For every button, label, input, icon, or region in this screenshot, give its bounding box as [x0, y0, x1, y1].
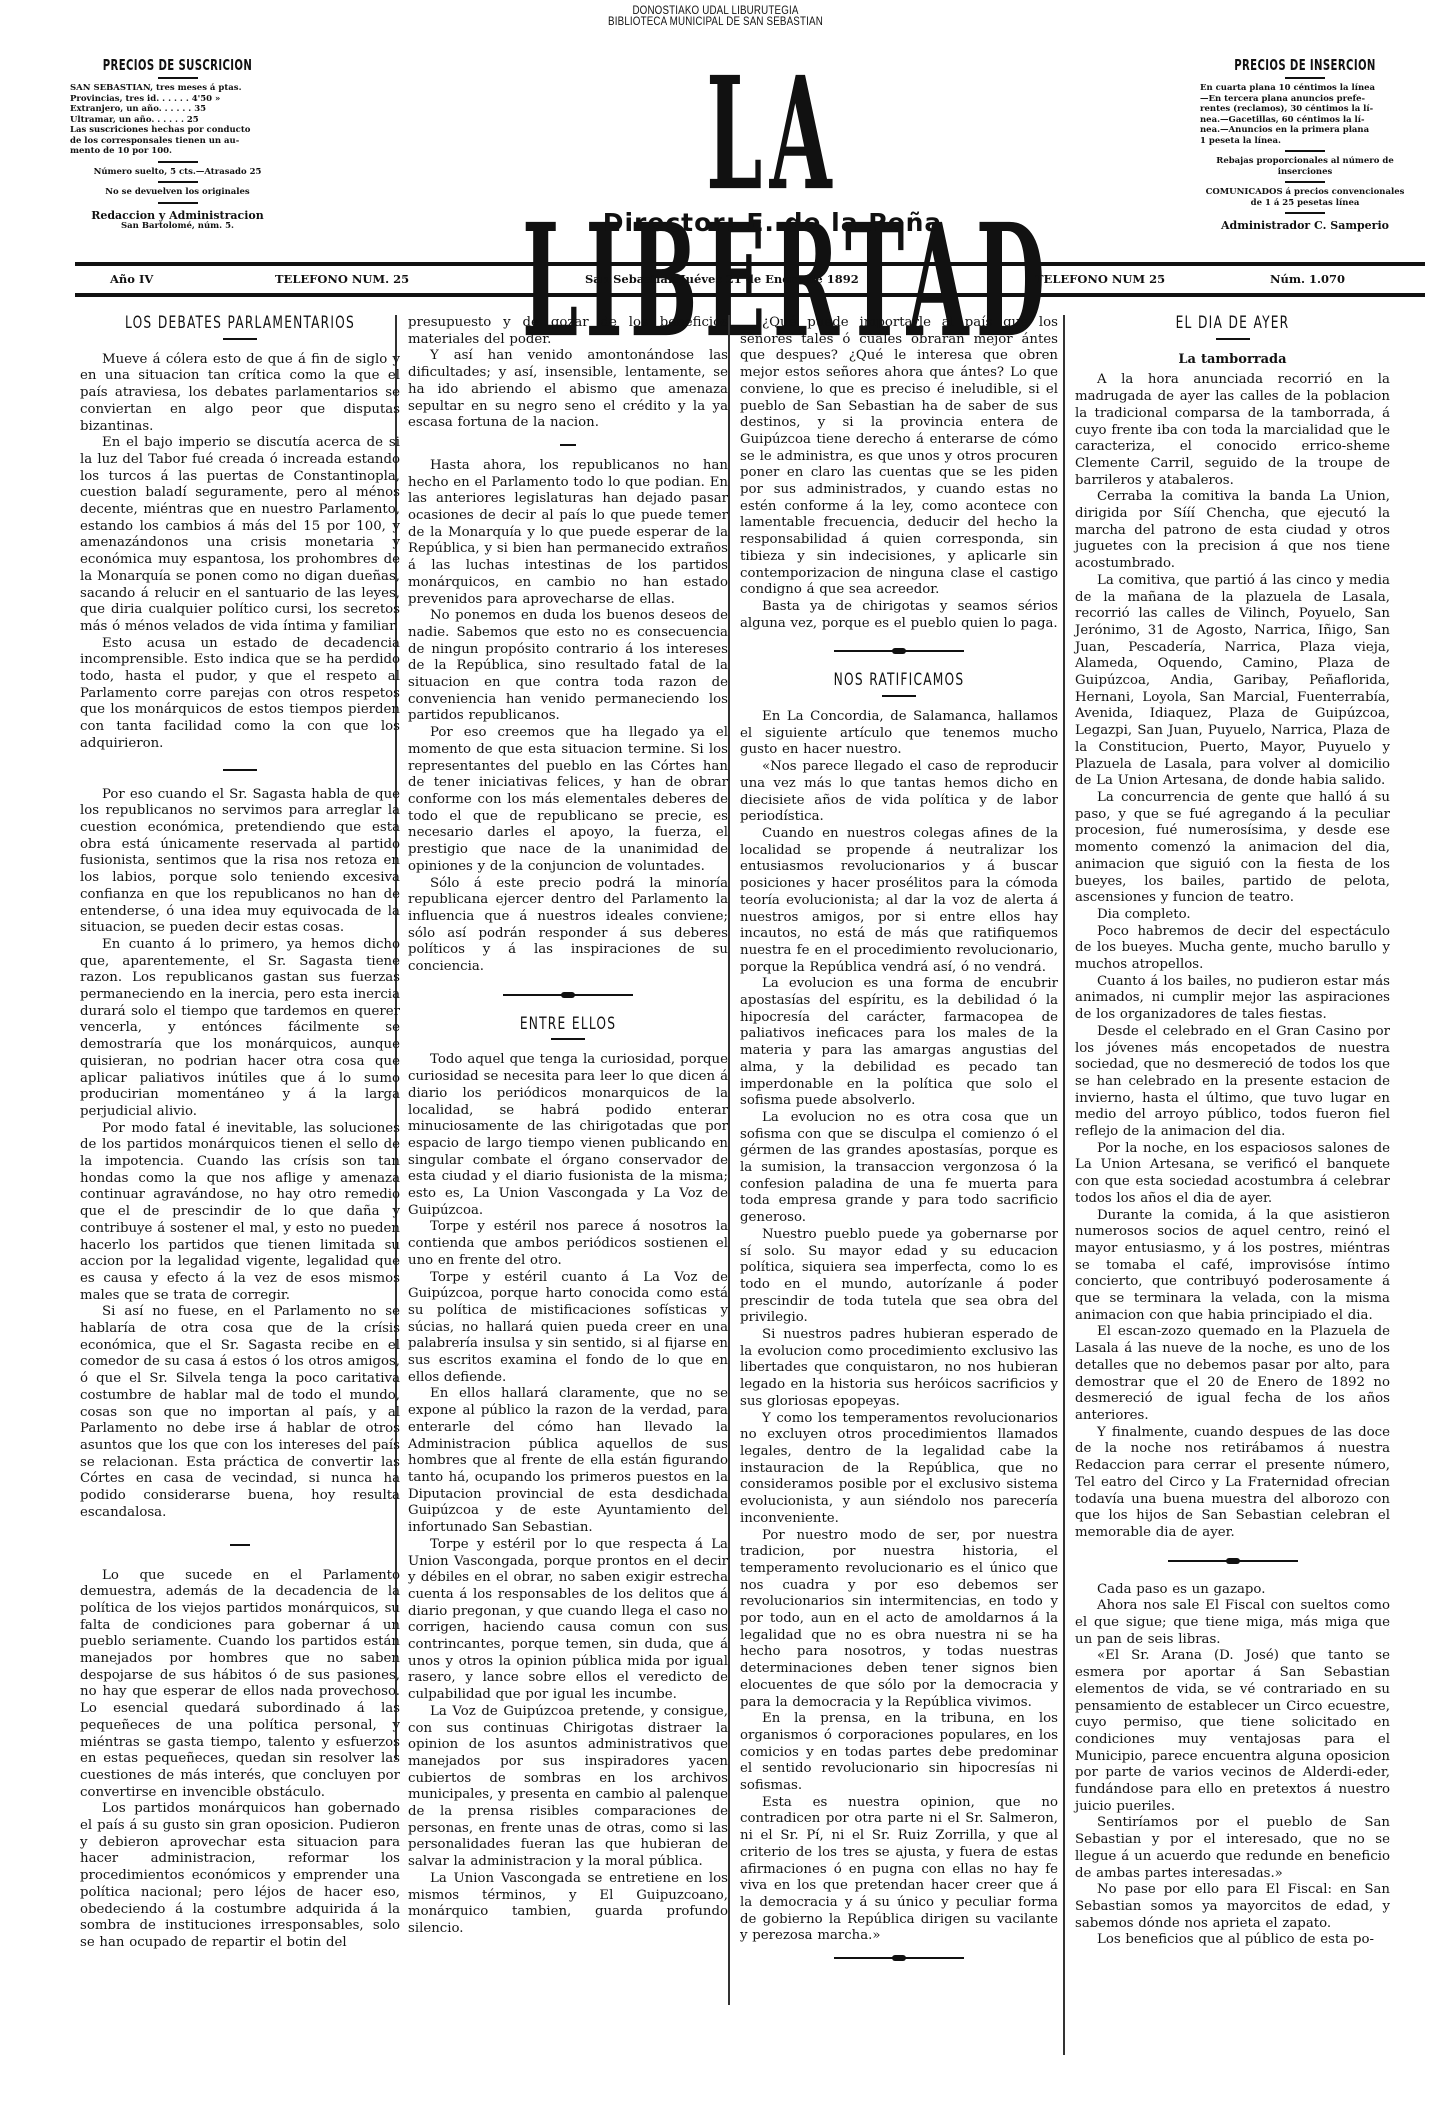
paragraph: Por eso cuando el Sr. Sagasta habla de q… — [80, 787, 400, 937]
no-return-notice: No se devuelven los originales — [70, 187, 285, 198]
paragraph: Los beneficios que al público de esta po… — [1075, 1932, 1390, 1949]
paragraph: Torpe y estéril nos parece á nosotros la… — [408, 1219, 728, 1269]
divider — [158, 161, 198, 163]
price-line: Ultramar, un año. . . . . . 25 — [70, 115, 285, 126]
paragraph: Sólo á este precio podrá la minoría repu… — [408, 876, 728, 976]
paragraph: Si nuestros padres hubieran esperado de … — [740, 1327, 1058, 1411]
paragraph: Por la noche, en los espaciosos salones … — [1075, 1141, 1390, 1208]
article-subheading-tamborrada: La tamborrada — [1075, 352, 1390, 369]
paragraph: Poco habremos de decir del espectáculo d… — [1075, 924, 1390, 974]
rate-line: nea.—Gacetillas, 60 céntimos la lí- — [1200, 115, 1410, 126]
rate-line: En cuarta plana 10 céntimos la línea — [1200, 83, 1410, 94]
dateline: Año IV TELEFONO NUM. 25 San Sebastian Ju… — [75, 268, 1425, 292]
divider — [158, 202, 198, 204]
paragraph: La Union Vascongada se entretiene en los… — [408, 1871, 728, 1938]
phone-left: TELEFONO NUM. 25 — [275, 272, 409, 286]
paragraph: ¿Qué puede importarle al país que los se… — [740, 315, 1058, 599]
paragraph: Basta ya de chirigotas y seamos sérios a… — [740, 599, 1058, 632]
paragraph: Cerraba la comitiva la banda La Union, d… — [1075, 489, 1390, 573]
paragraph: Lo que sucede en el Parlamento demuestra… — [80, 1568, 400, 1802]
paragraph: Sentiríamos por el pueblo de San Sebasti… — [1075, 1815, 1390, 1882]
divider — [1216, 338, 1250, 340]
discounts-note: Rebajas proporcionales al número de inse… — [1200, 156, 1410, 177]
paragraph: Y finalmente, cuando despues de las doce… — [1075, 1425, 1390, 1542]
paragraph: Desde el celebrado en el Gran Casino por… — [1075, 1024, 1390, 1141]
paragraph: Durante la comida, á la que asistieron n… — [1075, 1208, 1390, 1325]
article-heading-ratificamos: NOS RATIFICAMOS — [772, 672, 1026, 689]
paragraph: La evolucion no es otra cosa que un sofi… — [740, 1110, 1058, 1227]
paragraph: Dia completo. — [1075, 907, 1390, 924]
paragraph: No ponemos en duda los buenos deseos de … — [408, 608, 728, 725]
masthead-rule-top — [75, 262, 1425, 266]
paragraph: La evolucion es una forma de encubrir ap… — [740, 976, 1058, 1110]
column-3: ¿Qué puede importarle al país que los se… — [740, 315, 1058, 1979]
price-line: Las suscriciones hechas por conducto — [70, 125, 285, 136]
paragraph: Torpe y estéril cuanto á La Voz de Guipú… — [408, 1270, 728, 1387]
insertion-prices-title: PRECIOS DE INSERCION — [1226, 60, 1384, 71]
paragraph: Y así han venido amontonándose las dific… — [408, 348, 728, 432]
insertion-prices-box: PRECIOS DE INSERCION En cuarta plana 10 … — [1200, 60, 1410, 231]
paragraph: «Nos parece llegado el caso de reproduci… — [740, 759, 1058, 826]
divider — [882, 695, 916, 697]
masthead-rule-bottom — [75, 293, 1425, 297]
year-label: Año IV — [110, 272, 153, 286]
article-heading-entre-ellos: ENTRE ELLOS — [440, 1016, 696, 1033]
archive-stamp: DONOSTIAKO UDAL LIBURUTEGIA BIBLIOTECA M… — [107, 6, 1323, 28]
column-1: LOS DEBATES PARLAMENTARIOS Mueve á cóler… — [80, 315, 400, 1952]
ornamental-divider — [834, 650, 964, 652]
divider — [223, 338, 257, 340]
divider — [1285, 77, 1325, 79]
divider — [158, 181, 198, 183]
paragraph: A la hora anunciada recorrió en la madru… — [1075, 372, 1390, 489]
paragraph: Por eso creemos que ha llegado ya el mom… — [408, 725, 728, 875]
masthead: PRECIOS DE SUSCRICION SAN SEBASTIAN, tre… — [70, 60, 1430, 255]
paragraph: «El Sr. Arana (D. José) que tanto se esm… — [1075, 1648, 1390, 1815]
article-heading-dia-de-ayer: EL DIA DE AYER — [1107, 315, 1359, 332]
column-4: EL DIA DE AYER La tamborrada A la hora a… — [1075, 315, 1390, 1949]
newspaper-title: LA LIBERTAD — [522, 60, 1023, 354]
divider — [230, 1544, 250, 1546]
column-2: presupuesto y de gozar de los beneficios… — [408, 315, 728, 1938]
paragraph: En la prensa, en la tribuna, en los orga… — [740, 1711, 1058, 1795]
paragraph: La comitiva, que partió á las cinco y me… — [1075, 573, 1390, 790]
paragraph: Nuestro pueblo puede ya gobernarse por s… — [740, 1227, 1058, 1327]
paragraph: Torpe y estéril por lo que respecta á La… — [408, 1537, 728, 1704]
issue-number: Núm. 1.070 — [1270, 272, 1345, 286]
divider — [223, 769, 257, 771]
paragraph: Cuanto á los bailes, no pudieron estar m… — [1075, 974, 1390, 1024]
paragraph: Ahora nos sale El Fiscal con sueltos com… — [1075, 1598, 1390, 1648]
place-date: San Sebastian Juéves 21 de Enero de 1892 — [585, 272, 859, 286]
paragraph: Cada paso es un gazapo. — [1075, 1582, 1390, 1599]
paragraph: En cuanto á lo primero, ya hemos dicho q… — [80, 937, 400, 1121]
rate-line: nea.—Anuncios en la primera plana — [1200, 125, 1410, 136]
price-line: Provincias, tres id. . . . . . 4'50 » — [70, 94, 285, 105]
article-heading-debates: LOS DEBATES PARLAMENTARIOS — [112, 315, 368, 332]
divider — [1285, 212, 1325, 214]
paragraph: En ellos hallará claramente, que no se e… — [408, 1386, 728, 1536]
paragraph: Hasta ahora, los republicanos no han hec… — [408, 458, 728, 608]
paragraph: Si así no fuese, en el Parlamento no se … — [80, 1304, 400, 1521]
phone-right: TELEFONO NUM 25 — [1035, 272, 1165, 286]
archive-line-2: BIBLIOTECA MUNICIPAL DE SAN SEBASTIAN — [107, 17, 1323, 28]
paragraph: Todo aquel que tenga la curiosidad, porq… — [408, 1052, 728, 1219]
paragraph: Por nuestro modo de ser, por nuestra tra… — [740, 1528, 1058, 1712]
paragraph: Y como los temperamentos revolucionarios… — [740, 1411, 1058, 1528]
price-line: SAN SEBASTIAN, tres meses á ptas. — [70, 83, 285, 94]
paragraph: Esto acusa un estado de decadencia incom… — [80, 636, 400, 753]
single-issue-price: Número suelto, 5 cts.—Atrasado 25 — [70, 167, 285, 178]
administrator: Administrador C. Samperio — [1200, 220, 1410, 231]
paragraph: Esta es nuestra opinion, que no contradi… — [740, 1795, 1058, 1945]
office-label: Redaccion y Administracion — [70, 210, 285, 221]
paragraph: Mueve á cólera esto de que á fin de sigl… — [80, 352, 400, 436]
rate-line: rentes (reclamos), 30 céntimos la lí- — [1200, 104, 1410, 115]
rate-line: 1 peseta la línea. — [1200, 136, 1410, 147]
paragraph: La Voz de Guipúzcoa pretende, y consigue… — [408, 1704, 728, 1871]
comunicados-note: COMUNICADOS á precios convencionales de … — [1200, 187, 1410, 208]
paragraph: Los partidos monárquicos han gobernado e… — [80, 1801, 400, 1951]
paragraph: Cuando en nuestros colegas afines de la … — [740, 826, 1058, 976]
price-line: de los corresponsales tienen un au- — [70, 136, 285, 147]
divider — [1285, 150, 1325, 152]
paragraph: La concurrencia de gente que halló á su … — [1075, 790, 1390, 907]
divider — [1285, 181, 1325, 183]
office-address: San Bartolomé, núm. 5. — [70, 221, 285, 232]
divider — [158, 77, 198, 79]
divider — [560, 444, 576, 446]
price-line: Extranjero, un año. . . . . . 35 — [70, 104, 285, 115]
rate-line: —En tercera plana anuncios prefe- — [1200, 94, 1410, 105]
divider — [551, 1038, 585, 1040]
ornamental-divider — [834, 1957, 964, 1959]
column-divider — [1063, 315, 1065, 2055]
ornamental-divider — [503, 994, 633, 996]
paragraph: Por modo fatal é inevitable, las solucio… — [80, 1121, 400, 1305]
paragraph: El escan-zozo quemado en la Plazuela de … — [1075, 1324, 1390, 1424]
paragraph: En La Concordia, de Salamanca, hallamos … — [740, 709, 1058, 759]
price-line: mento de 10 por 100. — [70, 146, 285, 157]
subscription-prices-title: PRECIOS DE SUSCRICION — [97, 60, 258, 71]
subscription-prices-box: PRECIOS DE SUSCRICION SAN SEBASTIAN, tre… — [70, 60, 285, 231]
column-divider — [728, 315, 730, 2005]
paragraph: No pase por ello para El Fiscal: en San … — [1075, 1882, 1390, 1932]
director-line: Director: E. de la Peña — [355, 208, 1190, 237]
paragraph: En el bajo imperio se discutía acerca de… — [80, 435, 400, 635]
ornamental-divider — [1168, 1560, 1298, 1562]
paragraph: presupuesto y de gozar de los beneficios… — [408, 315, 728, 348]
